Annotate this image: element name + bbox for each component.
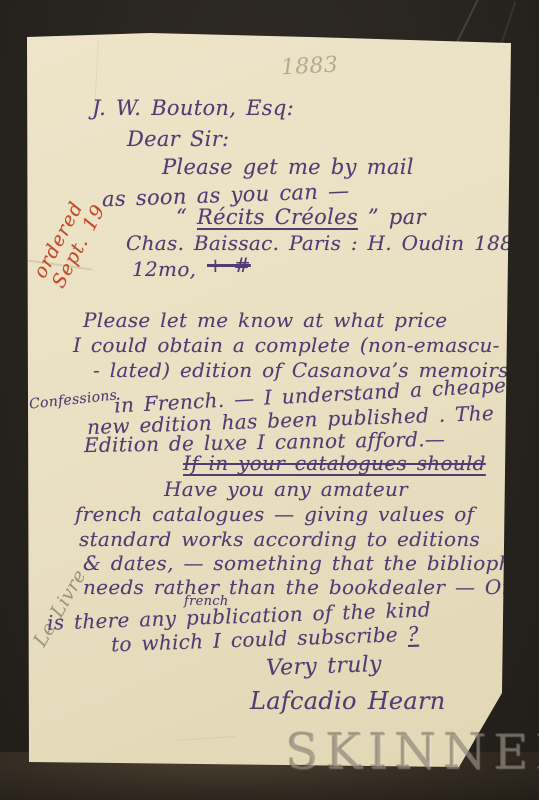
- pencil-margin-note: Le Livre: [30, 566, 91, 650]
- title-close: ” par: [358, 205, 426, 229]
- paper-crease: [175, 736, 235, 741]
- line-request-1: Please get me by mail: [162, 156, 414, 179]
- line-closing: Very truly: [266, 653, 383, 681]
- line-format: 12mo,: [132, 258, 196, 280]
- line-body-1: Please let me know at what price: [83, 309, 447, 331]
- line-imprint: Chas. Baissac. Paris : H. Oudin 1884: [126, 232, 526, 254]
- line-body-2: I could obtain a complete (non-emascu-: [73, 334, 500, 356]
- line-struck-price: + #: [207, 254, 251, 276]
- pencil-year-note: 1883: [280, 54, 338, 81]
- signature-lafcadio-hearn: Lafcadio Hearn: [250, 688, 446, 714]
- title-name: Récits Créoles: [197, 205, 358, 229]
- line-query-4: & dates, — something that the bibliophil…: [83, 552, 537, 574]
- margin-insert-confessions: Confessions: [28, 388, 118, 413]
- line-query-2: french catalogues — giving values of: [75, 503, 474, 525]
- line-book-title: “ Récits Créoles ” par: [176, 206, 426, 229]
- title-open-quote: “: [176, 205, 197, 229]
- subscribe-question-mark: ?: [407, 622, 419, 646]
- red-order-note: ordered Sept. 19: [30, 191, 110, 291]
- auction-photo: 1883 ordered Sept. 19 Le Livre J. W. Bou…: [0, 0, 539, 800]
- line-query-1: Have you any amateur: [164, 478, 408, 500]
- line-query-5: needs rather than the bookdealer — Or: [83, 576, 511, 598]
- letter-paper: 1883 ordered Sept. 19 Le Livre J. W. Bou…: [0, 0, 539, 800]
- line-salutation: Dear Sir:: [127, 128, 229, 151]
- line-recipient: J. W. Bouton, Esq:: [92, 97, 294, 120]
- line-struck-sentence: If in your catalogues should: [183, 452, 486, 474]
- auction-watermark: SKINNER: [286, 724, 539, 780]
- line-query-3: standard works according to editions: [79, 528, 480, 550]
